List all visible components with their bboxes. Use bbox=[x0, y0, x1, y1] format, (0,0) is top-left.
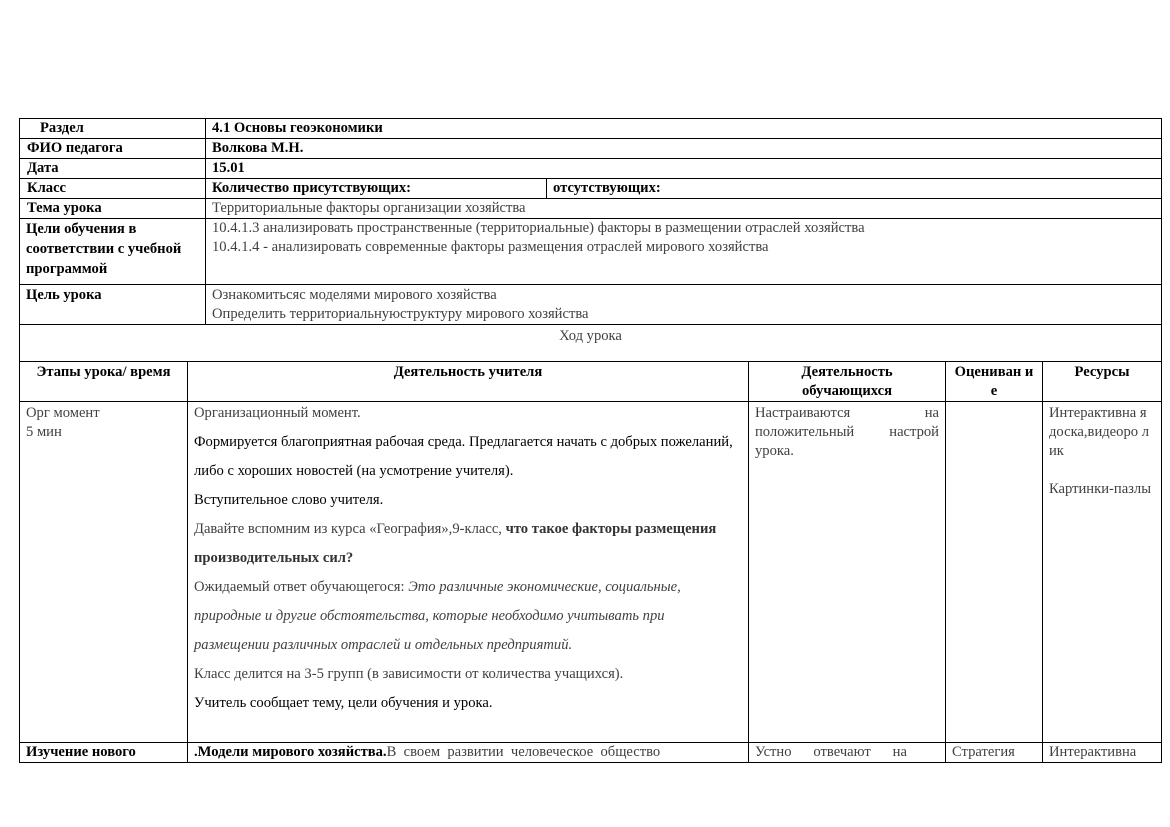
teacher-label: ФИО педагога bbox=[20, 139, 206, 159]
expected-answer: Ожидаемый ответ обучающегося: Это различ… bbox=[194, 573, 742, 660]
goal-item: Ознакомитьсяс моделями мирового хозяйств… bbox=[212, 286, 1155, 305]
objectives-row: Цели обучения в соответствии с учебной п… bbox=[20, 219, 1162, 285]
teacher-question: Давайте вспомним из курса «География»,9-… bbox=[194, 515, 742, 573]
section-label: Раздел bbox=[20, 119, 206, 139]
class-label: Класс bbox=[20, 179, 206, 199]
assessment-cell bbox=[946, 402, 1043, 743]
table-row: Орг момент 5 мин Организационный момент.… bbox=[20, 402, 1162, 743]
teacher-paragraph: Формируется благоприятная рабочая среда.… bbox=[194, 428, 742, 486]
resources-cell: Интерактивна bbox=[1043, 743, 1162, 763]
stage-cell: Изучение нового bbox=[20, 743, 188, 763]
goal-value: Ознакомитьсяс моделями мирового хозяйств… bbox=[206, 285, 1162, 325]
student-activity-cell: Настраиваются на положительный настрой у… bbox=[749, 402, 946, 743]
col-header-assessment: Оцениван ие bbox=[946, 362, 1043, 402]
objectives-value: 10.4.1.3 анализировать пространственные … bbox=[206, 219, 1162, 285]
teacher-activity-cell: .Модели мирового хозяйства.В своем разви… bbox=[188, 743, 749, 763]
student-activity-cell: Устно отвечают на bbox=[749, 743, 946, 763]
col-header-students: Деятельность обучающихся bbox=[749, 362, 946, 402]
stage-name: Орг момент bbox=[26, 404, 181, 423]
class-row: Класс Количество присутствующих: отсутст… bbox=[20, 179, 1162, 199]
lesson-progress-title-row: Ход урока bbox=[20, 325, 1162, 362]
section-row: Раздел 4.1 Основы геоэкономики bbox=[20, 119, 1162, 139]
objective-item: 10.4.1.3 анализировать пространственные … bbox=[212, 219, 1155, 238]
table-row: Изучение нового .Модели мирового хозяйст… bbox=[20, 743, 1162, 763]
lesson-table-header: Этапы урока/ время Деятельность учителя … bbox=[20, 362, 1162, 402]
date-value: 15.01 bbox=[206, 159, 1162, 179]
teacher-paragraph: Учитель сообщает тему, цели обучения и у… bbox=[194, 689, 742, 718]
teacher-value: Волкова М.Н. bbox=[206, 139, 1162, 159]
lesson-table: Ход урока Этапы урока/ время Деятельност… bbox=[19, 324, 1162, 763]
stage-cell: Орг момент 5 мин bbox=[20, 402, 188, 743]
assessment-cell: Стратегия bbox=[946, 743, 1043, 763]
lesson-progress-title: Ход урока bbox=[20, 325, 1162, 362]
resource-item: Картинки-пазлы bbox=[1049, 480, 1155, 499]
topic-value: Территориальные факторы организации хозя… bbox=[206, 199, 1162, 219]
present-count-field: Количество присутствующих: bbox=[206, 179, 547, 199]
resources-cell: Интерактивна я доска,видеоро лик Картинк… bbox=[1043, 402, 1162, 743]
topic-row: Тема урока Территориальные факторы орган… bbox=[20, 199, 1162, 219]
info-table: Раздел 4.1 Основы геоэкономики ФИО педаг… bbox=[19, 118, 1162, 325]
resource-item: Интерактивна я доска,видеоро лик bbox=[1049, 404, 1155, 461]
topic-label: Тема урока bbox=[20, 199, 206, 219]
date-label: Дата bbox=[20, 159, 206, 179]
col-header-teacher: Деятельность учителя bbox=[188, 362, 749, 402]
goal-row: Цель урока Ознакомитьсяс моделями мирово… bbox=[20, 285, 1162, 325]
col-header-stage: Этапы урока/ время bbox=[20, 362, 188, 402]
stage-time: 5 мин bbox=[26, 423, 181, 442]
teacher-paragraph: Вступительное слово учителя. bbox=[194, 486, 742, 515]
col-header-resources: Ресурсы bbox=[1043, 362, 1162, 402]
objectives-label: Цели обучения в соответствии с учебной п… bbox=[20, 219, 206, 285]
absent-count-field: отсутствующих: bbox=[547, 179, 1162, 199]
goal-item: Определить территориальнуюструктуру миро… bbox=[212, 305, 1155, 324]
section-value: 4.1 Основы геоэкономики bbox=[206, 119, 1162, 139]
teacher-row: ФИО педагога Волкова М.Н. bbox=[20, 139, 1162, 159]
teacher-paragraph: Класс делится на 3-5 групп (в зависимост… bbox=[194, 660, 742, 689]
teacher-activity-cell: Организационный момент. Формируется благ… bbox=[188, 402, 749, 743]
goal-label: Цель урока bbox=[20, 285, 206, 325]
date-row: Дата 15.01 bbox=[20, 159, 1162, 179]
teacher-paragraph: Организационный момент. bbox=[194, 404, 742, 423]
objective-item: 10.4.1.4 - анализировать современные фак… bbox=[212, 238, 1155, 257]
lesson-plan-document: Раздел 4.1 Основы геоэкономики ФИО педаг… bbox=[19, 118, 1162, 763]
